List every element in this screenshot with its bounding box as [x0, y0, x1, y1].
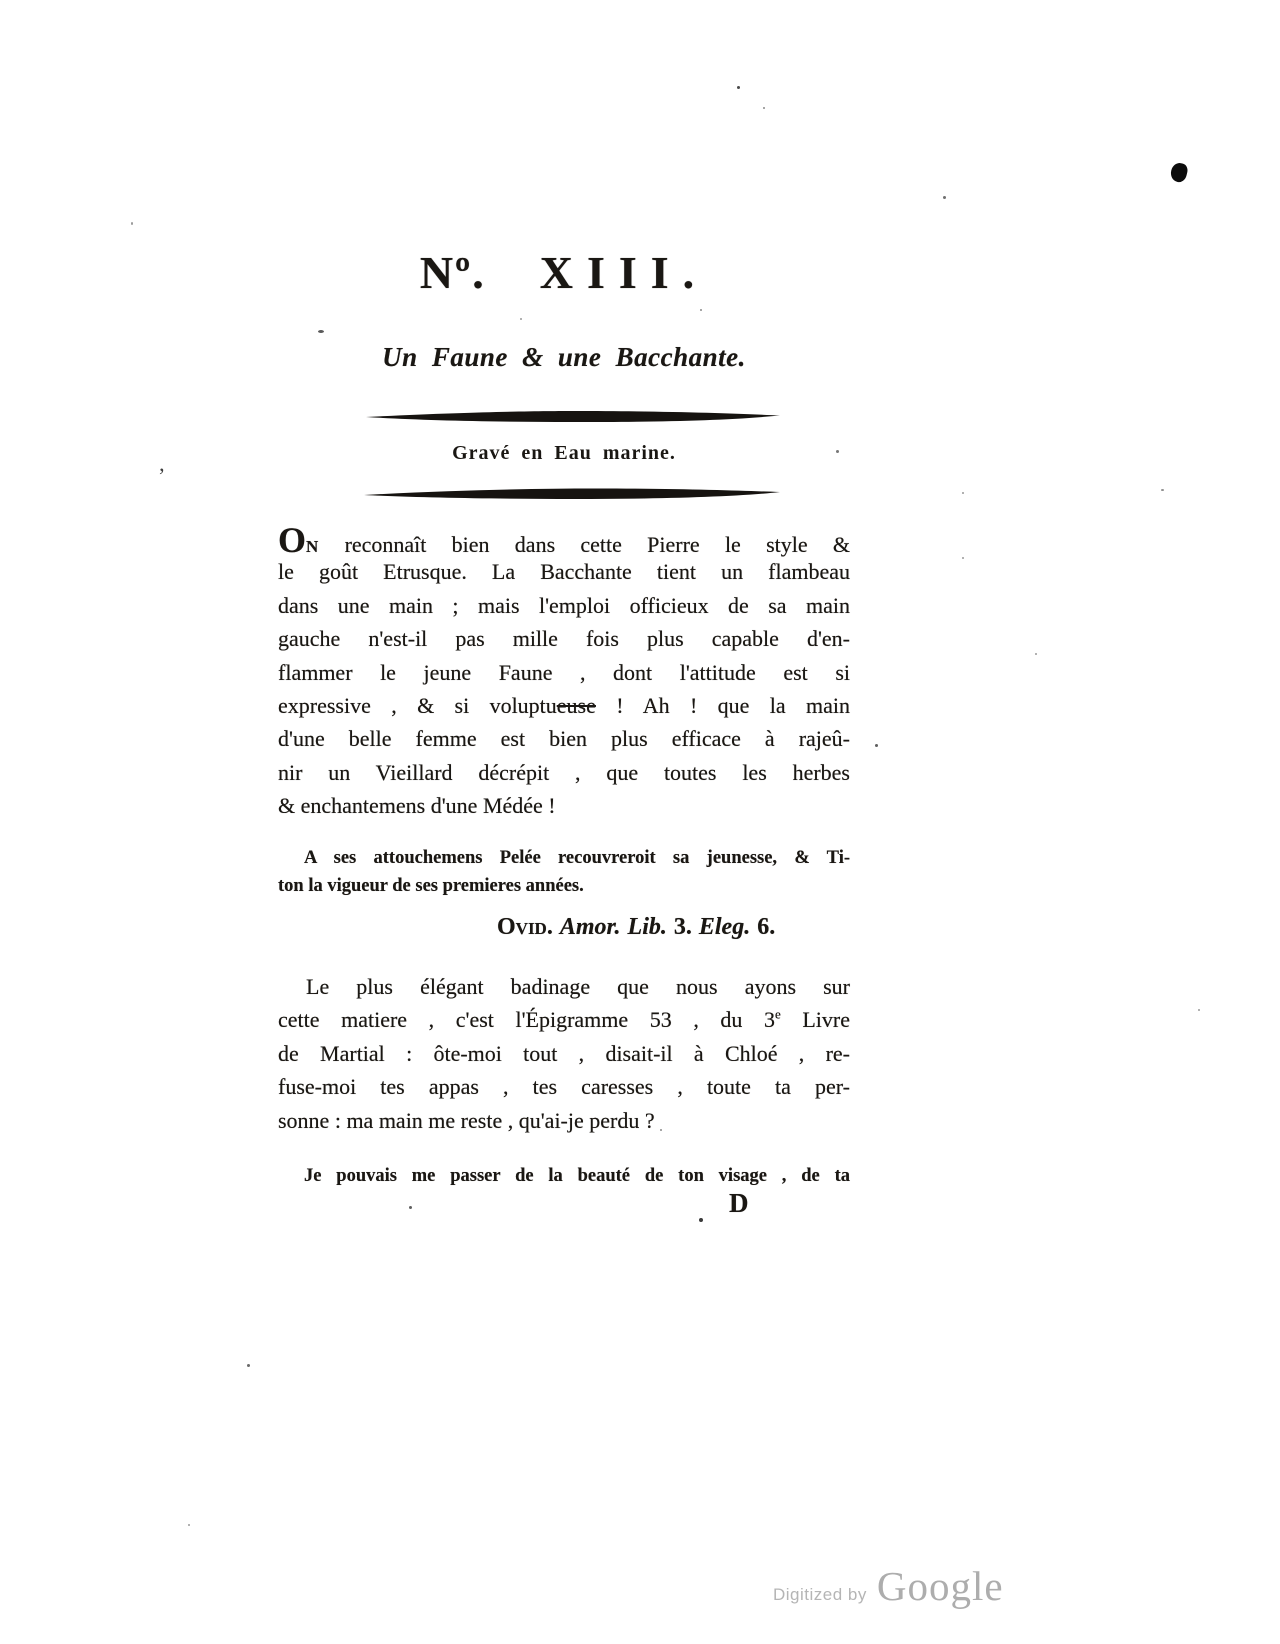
body-line-text: expressive , & si voluptu	[278, 693, 557, 718]
body-line: & enchantemens d'une Médée !	[278, 789, 850, 822]
swelled-rule-bottom	[364, 487, 780, 500]
body-line-text: cette matiere , c'est l'Épigramme 53 , d…	[278, 1007, 775, 1032]
quote-footer: Je pouvais me passer de la beauté de ton…	[278, 1162, 850, 1190]
quote-line: ton la vigueur de ses premieres années.	[278, 872, 850, 900]
body-line-text: reconnaît bien dans cette Pierre le styl…	[345, 532, 850, 557]
scan-speck	[737, 86, 740, 89]
paragraph-main: ON reconnaît bien dans cette Pierre le s…	[278, 522, 850, 823]
citation-work: Amor.	[560, 914, 621, 940]
body-line: Le plus élégant badinage que nous ayons …	[278, 970, 850, 1003]
body-line: sonne : ma main me reste , qu'ai-je perd…	[278, 1104, 850, 1137]
body-line: gauche n'est-il pas mille fois plus capa…	[278, 622, 850, 655]
overstruck-text: euse	[557, 693, 596, 718]
scan-speck	[700, 309, 702, 311]
scan-speck	[836, 450, 839, 453]
citation-elegy-label: Eleg.	[699, 914, 750, 940]
body-line: ON reconnaît bien dans cette Pierre le s…	[278, 522, 850, 555]
quote-line: A ses attouchemens Pelée recouvreroit sa…	[278, 844, 850, 872]
scan-speck	[131, 222, 133, 225]
small-cap-letter: N	[306, 537, 319, 556]
digitized-by-label: Digitized by	[773, 1585, 867, 1605]
citation-elegy-number: 6.	[757, 914, 775, 940]
body-line: fuse-moi tes appas , tes caresses , tout…	[278, 1070, 850, 1103]
scan-speck	[962, 492, 964, 494]
body-line: d'une belle femme est bien plus efficace…	[278, 722, 850, 755]
google-logo: Google	[877, 1562, 1004, 1610]
citation-book-label: Lib.	[628, 914, 667, 940]
citation-author: Ovid.	[497, 914, 553, 940]
google-watermark: Digitized by Google	[773, 1562, 1004, 1610]
body-line: expressive , & si voluptueuse ! Ah ! que…	[278, 689, 850, 722]
initial-capital: O	[278, 520, 306, 560]
body-line: cette matiere , c'est l'Épigramme 53 , d…	[278, 1003, 850, 1036]
chapter-number: Nº.XIII.	[278, 246, 850, 299]
quote-line: Je pouvais me passer de la beauté de ton…	[278, 1162, 850, 1190]
scan-speck	[763, 107, 765, 109]
scan-speck	[188, 1524, 190, 1526]
scan-speck	[409, 1206, 412, 1209]
scan-speck	[1198, 1009, 1200, 1011]
scan-speck	[1035, 653, 1037, 655]
scan-speck	[699, 1218, 703, 1222]
scanned-book-page: Nº.XIII. Un Faune & une Bacchante. Gravé…	[0, 0, 1280, 1644]
body-line: nir un Vieillard décrépit , que toutes l…	[278, 756, 850, 789]
scan-mark: ’	[158, 465, 165, 487]
scan-speck	[962, 557, 964, 559]
citation-line: Ovid.Amor.Lib.3.Eleg.6.	[497, 914, 782, 941]
body-line: dans une main ; mais l'emploi officieux …	[278, 589, 850, 622]
chapter-number-prefix: Nº.	[420, 247, 486, 298]
scan-speck	[318, 330, 324, 333]
scan-speck	[520, 318, 522, 320]
chapter-number-numeral: XIII.	[540, 247, 708, 298]
engraving-caption: Gravé en Eau marine.	[278, 442, 850, 465]
body-line: le goût Etrusque. La Bacchante tient un …	[278, 555, 850, 588]
scan-speck	[247, 1364, 250, 1367]
scan-speck	[660, 1129, 662, 1131]
body-line: flammer le jeune Faune , dont l'attitude…	[278, 656, 850, 689]
paragraph-commentary: Le plus élégant badinage que nous ayons …	[278, 970, 850, 1137]
scan-speck	[943, 196, 946, 199]
citation-book-number: 3.	[674, 914, 692, 940]
scan-speck	[1161, 489, 1164, 491]
chapter-title: Un Faune & une Bacchante.	[278, 342, 850, 373]
swelled-rule-top	[366, 410, 780, 423]
scan-speck	[875, 744, 878, 747]
body-line: de Martial : ôte-moi tout , disait-il à …	[278, 1037, 850, 1070]
quote-verse: A ses attouchemens Pelée recouvreroit sa…	[278, 844, 850, 900]
body-line-text: Livre	[781, 1007, 850, 1032]
signature-mark: D	[729, 1188, 749, 1219]
body-line-text: ! Ah ! que la main	[596, 693, 850, 718]
ink-blot-artifact	[1169, 161, 1189, 183]
